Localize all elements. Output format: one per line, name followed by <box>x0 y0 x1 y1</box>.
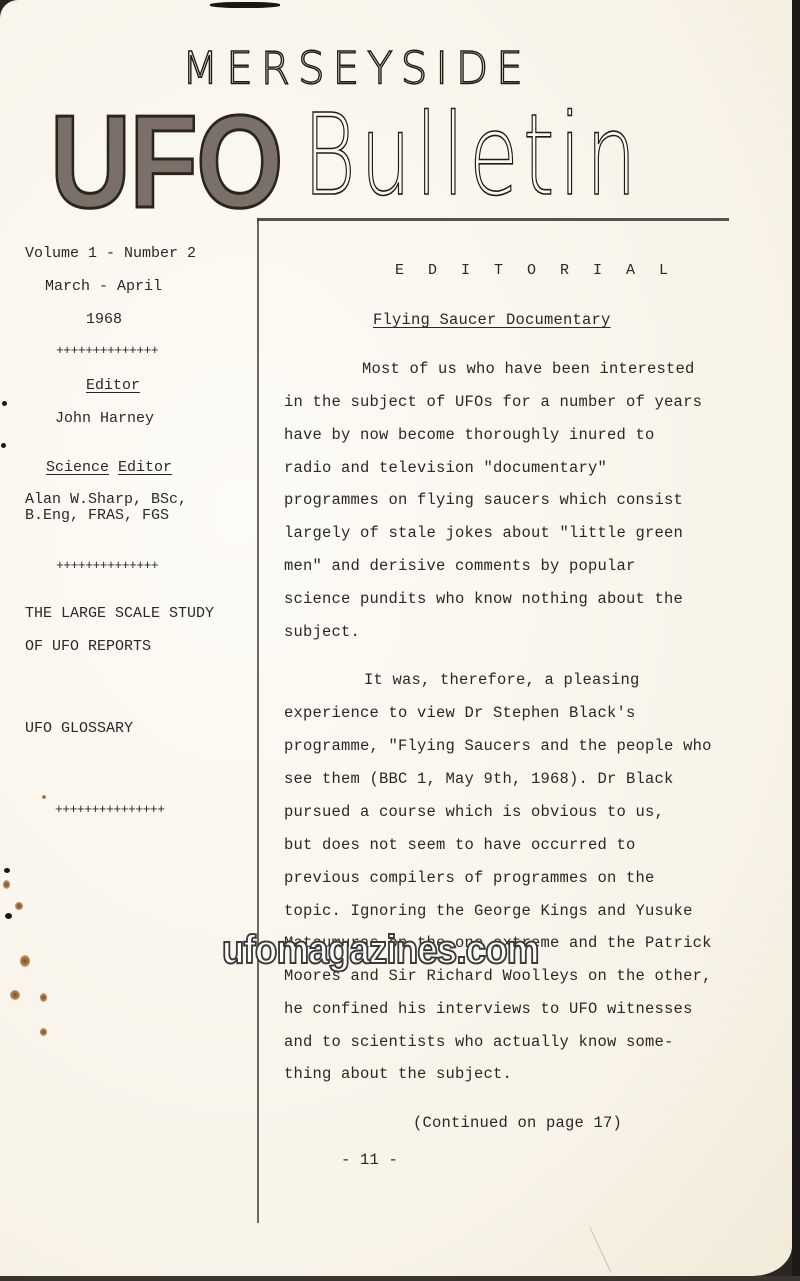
ink-spot <box>5 913 12 919</box>
science-editor-name-2: B.Eng, FRAS, FGS <box>25 508 169 524</box>
divider-plus-2: ++++++++++++++ <box>56 558 158 573</box>
bulletin-page: MERSEYSIDE UFO Bulletin Volume 1 - Numbe… <box>0 0 792 1276</box>
contents-item-2: OF UFO REPORTS <box>25 638 151 655</box>
column-divider <box>257 218 259 1223</box>
paragraph-line: It was, therefore, a pleasing <box>364 671 640 689</box>
masthead-bulletin: Bulletin <box>303 100 641 212</box>
contents-item-1: THE LARGE SCALE STUDY <box>25 605 214 622</box>
divider-plus-3: +++++++++++++++ <box>55 802 165 817</box>
paragraph-line: have by now become thoroughly inured to <box>284 426 655 444</box>
volume-number: Volume 1 - Number 2 <box>25 245 196 262</box>
science-editor-name-1: Alan W.Sharp, BSc, <box>25 492 187 508</box>
paragraph-line: men" and derisive comments by popular <box>284 557 636 575</box>
ink-smudge <box>210 2 280 8</box>
paragraph-line: see them (BBC 1, May 9th, 1968). Dr Blac… <box>284 770 674 788</box>
ink-spot <box>2 401 7 406</box>
science-editor-label: Science Editor <box>46 459 172 476</box>
issue-year: 1968 <box>86 311 122 328</box>
page-edge-shadow <box>792 0 800 1281</box>
science-editor-label-1: Science <box>46 459 109 476</box>
continued-note: (Continued on page 17) <box>413 1114 622 1132</box>
page-number: - 11 - <box>341 1151 398 1169</box>
editor-label: Editor <box>86 377 140 394</box>
stain-spot <box>15 902 23 910</box>
ink-spot <box>1 443 6 448</box>
stain-spot <box>10 990 20 1000</box>
paragraph-line: radio and television "documentary" <box>284 459 607 477</box>
paragraph-line: largely of stale jokes about "little gre… <box>284 524 683 542</box>
science-editor-label-2: Editor <box>118 459 172 476</box>
editor-name: John Harney <box>55 410 154 427</box>
paragraph-line: science pundits who know nothing about t… <box>284 590 683 608</box>
page-edge-shadow-bottom <box>0 1276 800 1281</box>
paper-crease <box>589 1227 611 1273</box>
stain-spot <box>42 795 46 799</box>
section-heading: E D I T O R I A L <box>395 262 676 279</box>
ink-spot <box>4 868 10 873</box>
issue-months: March - April <box>45 278 162 295</box>
horizontal-rule <box>257 218 729 221</box>
article-title: Flying Saucer Documentary <box>373 311 611 329</box>
sidebar: Volume 1 - Number 2 March - April 1968 +… <box>0 0 257 1276</box>
paragraph-line: but does not seem to have occurred to <box>284 836 636 854</box>
paragraph-line: experience to view Dr Stephen Black's <box>284 704 636 722</box>
paragraph-line: previous compilers of programmes on the <box>284 869 655 887</box>
watermark: ufomagazines.com <box>222 930 539 970</box>
paragraph-line: pursued a course which is obvious to us, <box>284 803 664 821</box>
stain-spot <box>40 993 47 1002</box>
paragraph-line: programme, "Flying Saucers and the peopl… <box>284 737 712 755</box>
stain-spot <box>3 880 10 889</box>
paragraph-line: thing about the subject. <box>284 1065 512 1083</box>
paragraph-line: and to scientists who actually know some… <box>284 1033 674 1051</box>
contents-item-3: UFO GLOSSARY <box>25 720 133 737</box>
paragraph-line: in the subject of UFOs for a number of y… <box>284 393 702 411</box>
paragraph-line: Most of us who have been interested <box>362 360 695 378</box>
stain-spot <box>40 1028 47 1036</box>
paragraph-line: he confined his interviews to UFO witnes… <box>284 1000 693 1018</box>
paragraph-line: topic. Ignoring the George Kings and Yus… <box>284 902 693 920</box>
paragraph-line: subject. <box>284 623 360 641</box>
paragraph-line: programmes on flying saucers which consi… <box>284 491 683 509</box>
stain-spot <box>20 955 30 967</box>
divider-plus-1: ++++++++++++++ <box>56 343 158 358</box>
